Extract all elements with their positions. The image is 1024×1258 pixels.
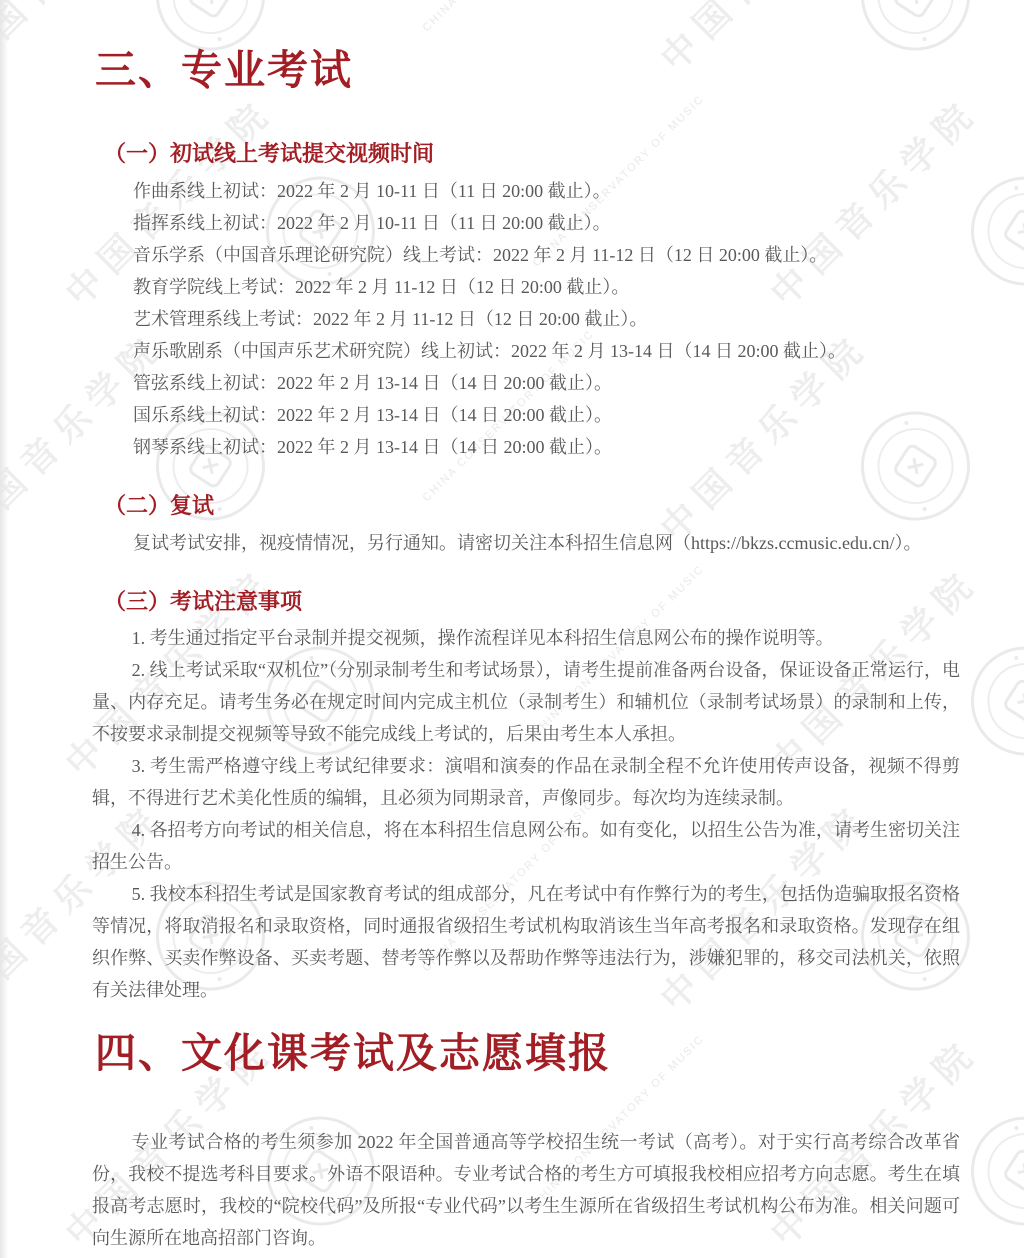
exam-schedule-item: 管弦系线上初试：2022 年 2 月 13-14 日（14 日 20:00 截止… — [0, 367, 1024, 399]
exam-schedule-item: 声乐歌剧系（中国声乐艺术研究院）线上初试：2022 年 2 月 13-14 日（… — [0, 335, 1024, 367]
document-content: 三、专业考试 （一）初试线上考试提交视频时间 作曲系线上初试：2022 年 2 … — [0, 0, 1024, 1254]
culture-exam-paragraph: 专业考试合格的考生须参加 2022 年全国普通高等学校招生统一考试（高考）。对于… — [0, 1126, 1024, 1254]
exam-schedule-item: 音乐学系（中国音乐理论研究院）线上考试：2022 年 2 月 11-12 日（1… — [0, 239, 1024, 271]
exam-schedule-item: 作曲系线上初试：2022 年 2 月 10-11 日（11 日 20:00 截止… — [0, 175, 1024, 207]
exam-schedule-item: 国乐系线上初试：2022 年 2 月 13-14 日（14 日 20:00 截止… — [0, 399, 1024, 431]
retest-notice-text: 复试考试安排，视疫情情况，另行通知。请密切关注本科招生信息网（https://b… — [0, 527, 1024, 559]
exam-schedule-item: 指挥系线上初试：2022 年 2 月 10-11 日（11 日 20:00 截止… — [0, 207, 1024, 239]
page-edge-shadow — [0, 0, 8, 1258]
subsection-1-heading: （一）初试线上考试提交视频时间 — [0, 139, 1024, 169]
exam-notes-list: 1. 考生通过指定平台录制并提交视频，操作流程详见本科招生信息网公布的操作说明等… — [0, 622, 1024, 1006]
exam-schedule-item: 艺术管理系线上考试：2022 年 2 月 11-12 日（12 日 20:00 … — [0, 303, 1024, 335]
exam-note-item: 3. 考生需严格遵守线上考试纪律要求：演唱和演奏的作品在录制全程不允许使用传声设… — [0, 750, 1024, 814]
exam-note-item: 4. 各招考方向考试的相关信息，将在本科招生信息网公布。如有变化，以招生公告为准… — [0, 814, 1024, 878]
section-4-title: 四、文化课考试及志愿填报 — [0, 1028, 1024, 1078]
exam-schedule-item: 钢琴系线上初试：2022 年 2 月 13-14 日（14 日 20:00 截止… — [0, 431, 1024, 463]
exam-note-item: 1. 考生通过指定平台录制并提交视频，操作流程详见本科招生信息网公布的操作说明等… — [0, 622, 1024, 654]
exam-note-item: 2. 线上考试采取“双机位”（分别录制考生和考试场景），请考生提前准备两台设备，… — [0, 654, 1024, 750]
subsection-2-heading: （二）复试 — [0, 491, 1024, 521]
subsection-3-heading: （三）考试注意事项 — [0, 587, 1024, 617]
document-page: 中国音乐学院CHINA CONSERVATORY OF MUSIC中国音乐学院中… — [0, 0, 1024, 1258]
exam-schedule-list: 作曲系线上初试：2022 年 2 月 10-11 日（11 日 20:00 截止… — [0, 175, 1024, 463]
exam-note-item: 5. 我校本科招生考试是国家教育考试的组成部分，凡在考试中有作弊行为的考生，包括… — [0, 878, 1024, 1006]
exam-schedule-item: 教育学院线上考试：2022 年 2 月 11-12 日（12 日 20:00 截… — [0, 271, 1024, 303]
section-3-title: 三、专业考试 — [0, 0, 1024, 95]
